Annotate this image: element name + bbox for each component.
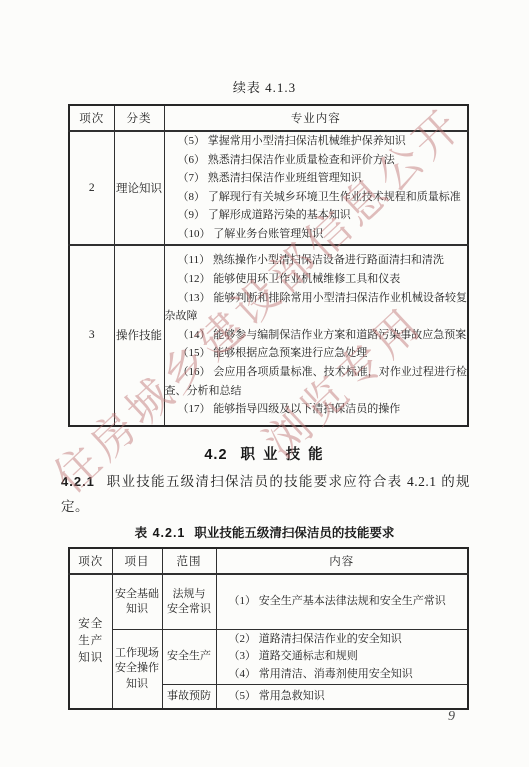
project-line: 知识 [113,602,162,618]
clause-number: 4.2.1 [61,474,95,489]
caption-label: 表 4.2.1 [135,526,186,540]
table-row-worksite-safety: 工作现场 安全操作 知识 安全生产 （2） 道路清扫保洁作业的安全知识 （3） … [69,630,468,685]
clause-text: 职业技能五级清扫保洁员的技能要求应符合表 4.2.1 的规定。 [61,474,470,514]
item-text: （16） 会应用各项质量标准、技术标准，对作业过程进行检查、分析和总结 [165,363,468,400]
items-cell: （11） 熟练操作小型清扫保洁设备进行路面清扫和清洗 （12） 能够使用环卫作业… [164,245,468,426]
header-cell-project: 项目 [112,548,162,574]
section-title: 职 业 技 能 [241,447,325,463]
table-4-2-1: 项次 项目 范围 内容 安全 生产 知识 安全基础 知识 法规与 安全常识 [68,547,469,710]
item-text: （3） 道路交通标志和规则 [217,648,468,665]
item-text: （5） 掌握常用小型清扫保洁机械维护保养知识 [165,132,468,151]
caption-title: 职业技能五级清扫保洁员的技能要求 [194,526,394,540]
table-row-safety-basics: 安全 生产 知识 安全基础 知识 法规与 安全常识 （1） 安全生产基本法律法规… [69,574,468,630]
project-line: 工作现场 [113,646,162,662]
table-row-operation: 3 操作技能 （11） 熟练操作小型清扫保洁设备进行路面清扫和清洗 （12） 能… [69,245,468,426]
group-cell: 安全 生产 知识 [69,574,112,709]
items-cell: （5） 掌握常用小型清扫保洁机械维护保养知识 （6） 熟悉清扫保洁作业质量检查和… [164,131,468,245]
content-cell: （1） 安全生产基本法律法规和安全生产常识 [216,574,468,630]
header-cell-scope: 范围 [162,548,216,574]
header-cell-item-no: 项次 [69,105,114,131]
header-cell-item-no: 项次 [69,548,112,574]
item-text: （17） 能够指导四级及以下清扫保洁员的操作 [165,400,468,419]
item-text: （13） 能够判断和排除常用小型清扫保洁作业机械设备较复杂故障 [165,289,468,326]
continued-table-title: 续表 4.1.3 [0,77,529,96]
item-text: （6） 熟悉清扫保洁作业质量检查和评价方法 [165,151,468,170]
document-page: 住房城乡建设部信息公开 浏览专用 续表 4.1.3 项次 分类 专业内容 2 理… [0,0,529,767]
item-text: （11） 熟练操作小型清扫保洁设备进行路面清扫和清洗 [165,251,468,270]
page-number: 9 [448,709,455,725]
item-text: （4） 常用清洁、消毒剂使用安全知识 [217,666,468,683]
table-caption: 表 4.2.1职业技能五级清扫保洁员的技能要求 [0,523,529,541]
project-cell: 工作现场 安全操作 知识 [112,630,162,710]
scope-line: 安全生产 [163,649,216,665]
row-category: 操作技能 [114,245,164,426]
scope-cell: 法规与 安全常识 [162,574,216,630]
scope-cell: 事故预防 [162,685,216,710]
project-line: 安全操作 [113,661,162,677]
item-text: （8） 了解现行有关城乡环境卫生作业技术规程和质量标准 [165,188,468,207]
table-4-1-3: 项次 分类 专业内容 2 理论知识 （5） 掌握常用小型清扫保洁机械维护保养知识… [68,104,469,427]
item-text: （5） 常用急救知识 [217,688,468,705]
item-text: （1） 安全生产基本法律法规和安全生产常识 [217,593,468,610]
project-cell: 安全基础 知识 [112,574,162,630]
group-line: 知识 [70,650,112,667]
item-text: （14） 能够参与编制保洁作业方案和道路污染事故应急预案 [165,326,468,345]
section-number: 4.2 [204,447,227,463]
table-4-1-3-header-row: 项次 分类 专业内容 [69,105,468,131]
scope-line: 安全常识 [163,602,216,618]
project-line: 安全基础 [113,587,162,603]
row-index: 3 [69,245,114,426]
project-line: 知识 [113,677,162,693]
clause-paragraph: 4.2.1职业技能五级清扫保洁员的技能要求应符合表 4.2.1 的规定。 [61,470,470,519]
item-text: （12） 能够使用环卫作业机械维修工具和仪表 [165,270,468,289]
item-text: （2） 道路清扫保洁作业的安全知识 [217,631,468,648]
row-index: 2 [69,131,114,245]
item-text: （10） 了解业务台账管理知识 [165,225,468,244]
scope-line: 事故预防 [163,689,216,705]
scope-cell: 安全生产 [162,630,216,685]
group-line: 生产 [70,633,112,650]
group-line: 安全 [70,616,112,633]
table-4-2-1-header-row: 项次 项目 范围 内容 [69,548,468,574]
content-cell: （2） 道路清扫保洁作业的安全知识 （3） 道路交通标志和规则 （4） 常用清洁… [216,630,468,685]
content-cell: （5） 常用急救知识 [216,685,468,710]
row-category: 理论知识 [114,131,164,245]
item-text: （15） 能够根据应急预案进行应急处理 [165,344,468,363]
header-cell-content: 内容 [216,548,468,574]
header-cell-category: 分类 [114,105,164,131]
table-row-theory: 2 理论知识 （5） 掌握常用小型清扫保洁机械维护保养知识 （6） 熟悉清扫保洁… [69,131,468,245]
scope-line: 法规与 [163,587,216,603]
header-cell-professional-content: 专业内容 [164,105,468,131]
section-heading: 4.2职 业 技 能 [0,443,529,464]
item-text: （9） 了解形成道路污染的基本知识 [165,206,468,225]
item-text: （7） 熟悉清扫保洁作业班组管理知识 [165,169,468,188]
